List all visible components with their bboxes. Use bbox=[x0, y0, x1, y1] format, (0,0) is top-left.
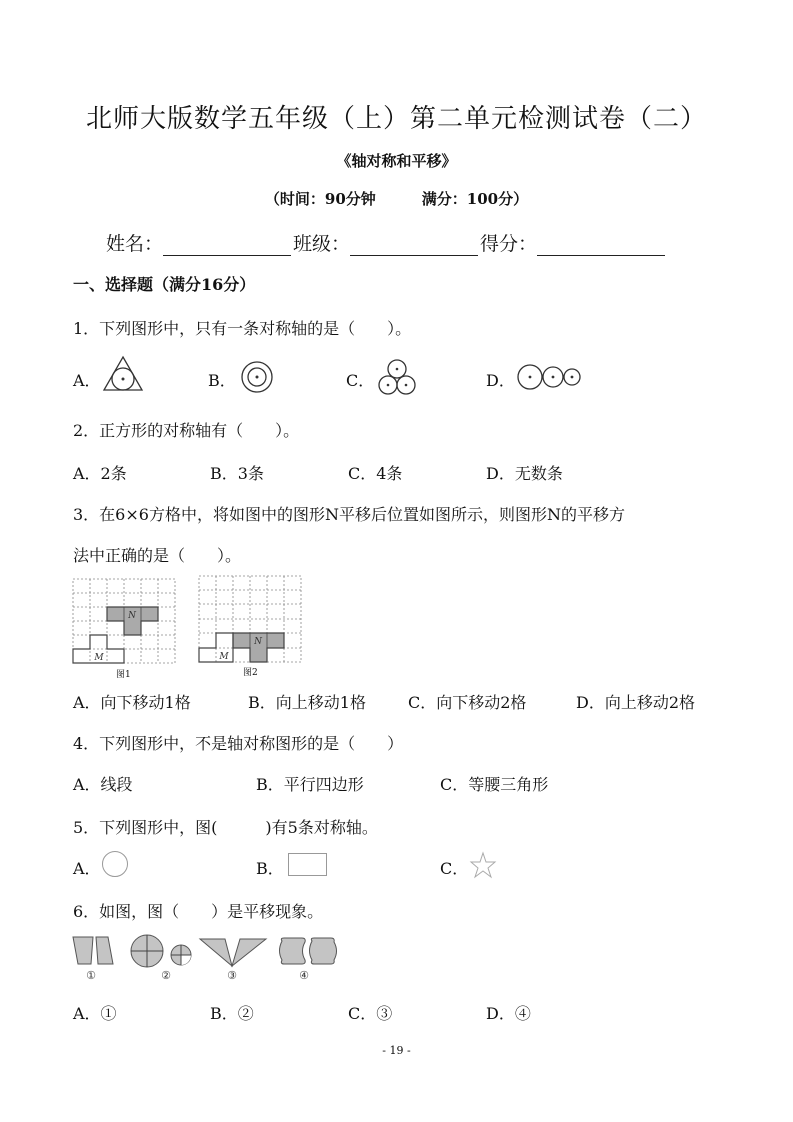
translation-figures: ① ② ③ ④ bbox=[70, 933, 340, 983]
section-title: 一、选择题（满分16分） bbox=[73, 272, 255, 295]
three-circles-row-icon bbox=[517, 362, 583, 392]
svg-text:②: ② bbox=[161, 969, 171, 982]
name-label: 姓名： bbox=[106, 233, 163, 255]
q5-option-a-label: A． bbox=[73, 856, 101, 879]
figure-1-caption: 图1 bbox=[116, 667, 131, 680]
score-field[interactable] bbox=[537, 237, 665, 256]
svg-text:④: ④ bbox=[299, 969, 309, 982]
q1-option-b-label: B． bbox=[208, 368, 236, 391]
q1-option-a-label: A． bbox=[73, 368, 101, 391]
concentric-circles-icon bbox=[240, 360, 274, 394]
class-label: 班级： bbox=[293, 233, 350, 255]
exam-meta: （时间：90分钟满分：100分） bbox=[0, 188, 793, 209]
q1-option-c-label: C． bbox=[346, 368, 374, 391]
q3-option-c: C．向下移动2格 bbox=[408, 690, 526, 713]
q3-option-a: A．向下移动1格 bbox=[73, 690, 191, 713]
score-label: 得分： bbox=[480, 233, 537, 255]
question-2-text: 2．正方形的对称轴有（ ）。 bbox=[73, 418, 299, 441]
question-3-text-line1: 3．在6×6方格中，将如图中的图形N平移后位置如图所示，则图形N的平移方 bbox=[73, 502, 625, 525]
q3-option-d: D．向上移动2格 bbox=[576, 690, 695, 713]
q6-option-c: C．③ bbox=[348, 1001, 392, 1024]
svg-text:N: N bbox=[253, 637, 263, 647]
question-3-text-line2: 法中正确的是（ ）。 bbox=[73, 543, 241, 566]
question-5-text: 5．下列图形中，图( )有5条对称轴。 bbox=[73, 815, 378, 838]
q6-option-d: D．④ bbox=[486, 1001, 531, 1024]
svg-text:M: M bbox=[218, 652, 229, 662]
question-6-text: 6．如图，图（ ）是平移现象。 bbox=[73, 899, 323, 922]
q6-option-b: B．② bbox=[210, 1001, 254, 1024]
rectangle-icon bbox=[288, 853, 328, 877]
q4-option-b: B．平行四边形 bbox=[256, 772, 364, 795]
svg-text:③: ③ bbox=[227, 969, 237, 982]
q1-option-d-label: D． bbox=[486, 368, 515, 391]
grid-figure-2: N M bbox=[198, 575, 304, 665]
three-circles-cluster-icon bbox=[376, 358, 418, 396]
name-field[interactable] bbox=[163, 237, 291, 256]
svg-text:①: ① bbox=[86, 969, 96, 982]
class-field[interactable] bbox=[350, 237, 478, 256]
svg-text:N: N bbox=[127, 611, 137, 621]
exam-time: （时间：90分钟 bbox=[265, 190, 376, 208]
circle-in-triangle-icon bbox=[102, 356, 144, 392]
figure-2-caption: 图2 bbox=[243, 665, 258, 678]
svg-text:M: M bbox=[93, 653, 104, 663]
grid-figure-1: N M bbox=[72, 578, 178, 666]
student-info-row: 姓名：班级：得分： bbox=[106, 229, 667, 256]
q2-option-c: C．4条 bbox=[348, 461, 402, 484]
star-icon bbox=[470, 852, 496, 878]
page-subtitle: 《轴对称和平移》 bbox=[0, 150, 793, 171]
q5-option-b-label: B． bbox=[256, 856, 284, 879]
q4-option-a: A．线段 bbox=[73, 772, 133, 795]
exam-full-score: 满分：100分） bbox=[422, 190, 528, 208]
q6-option-a: A．① bbox=[73, 1001, 117, 1024]
page-number: - 19 - bbox=[0, 1044, 793, 1057]
q2-option-a: A．2条 bbox=[73, 461, 127, 484]
question-1-text: 1．下列图形中，只有一条对称轴的是（ ）。 bbox=[73, 316, 411, 339]
q2-option-b: B．3条 bbox=[210, 461, 264, 484]
q4-option-c: C．等腰三角形 bbox=[440, 772, 548, 795]
q3-option-b: B．向上移动1格 bbox=[248, 690, 366, 713]
q5-option-c-label: C． bbox=[440, 856, 468, 879]
page-title: 北师大版数学五年级（上）第二单元检测试卷（二） bbox=[0, 98, 793, 135]
question-4-text: 4．下列图形中，不是轴对称图形的是（ ） bbox=[73, 731, 403, 754]
q2-option-d: D．无数条 bbox=[486, 461, 563, 484]
circle-icon bbox=[101, 850, 129, 878]
